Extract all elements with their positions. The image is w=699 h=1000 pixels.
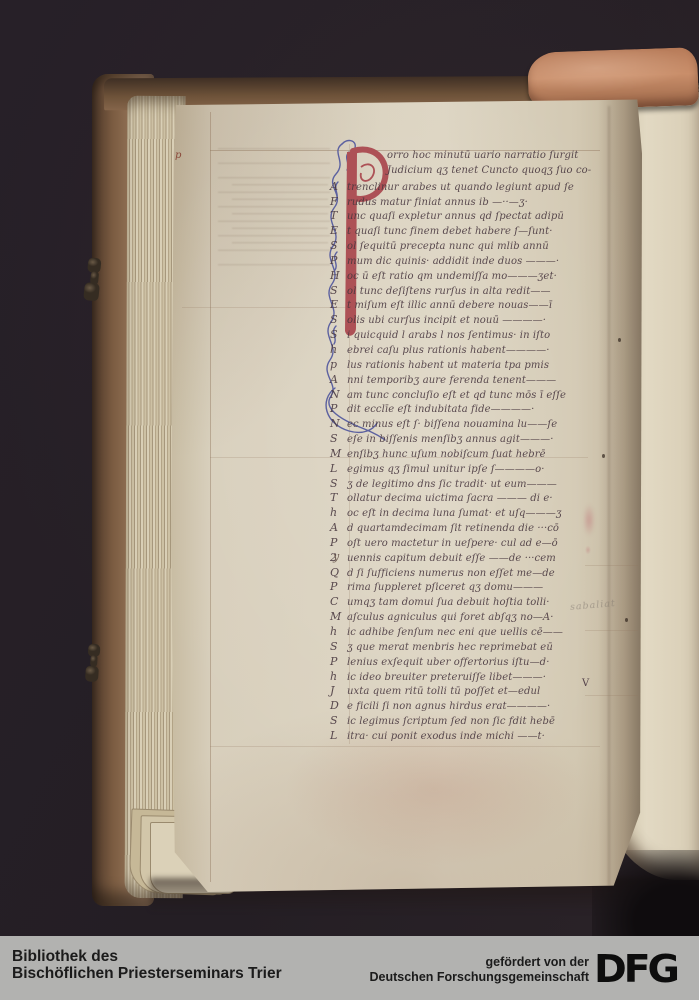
manuscript-line: Juxta quem ritū tolli tū poſſet et—edul <box>330 684 596 699</box>
line-text: ic adhibe ſenſum nec eni que uellis cē—— <box>347 627 563 638</box>
manuscript-line: Sol tunc deſiſtens rurſus in alta redit—… <box>330 284 596 299</box>
line-text: ʒ de legitimo dns ſic tradit· ut eum——— <box>347 479 557 490</box>
line-text: ebrei caſu plus rationis habent————· <box>347 345 550 356</box>
line-text: lenius exſequit uber offertorius iſtu—d· <box>347 657 549 668</box>
line-capital: P <box>330 580 347 593</box>
line-capital: S <box>330 477 347 490</box>
manuscript-line: Legimus qʒ ſimul unitur ipſe ſ————o· <box>330 462 596 477</box>
manuscript-line: Et miſum eſt illic annū debere nouas——ī <box>330 298 596 313</box>
manuscript-line: Tollatur decima uictima ſacra ——— di e· <box>330 491 596 506</box>
line-text: t quaſi tunc finem debet habere ſ—ſunt· <box>347 226 553 237</box>
line-text: d quartamdecimam ſit retinenda die ···cō <box>347 523 559 534</box>
line-capital: A <box>330 180 347 193</box>
manuscript-line: Si quicquid l arabs l nos ſentimus· in i… <box>330 328 596 343</box>
line-capital: S <box>330 284 347 297</box>
line-text: olis ubi curſus incipit et nouū ————· <box>347 315 546 326</box>
ink-bleedthrough <box>232 184 328 256</box>
line-capital: h <box>330 343 347 356</box>
line-text: dit ecclīe eſt indubitata fide————· <box>347 404 534 415</box>
line-text: rudus matur finiat annus ib —··—ʒ· <box>347 197 528 208</box>
line-capital: J <box>330 684 347 697</box>
line-text: oc eſt in decima luna ſumat· et uſq———ʒ <box>347 508 562 519</box>
line-text: t miſum eſt illic annū debere nouas——ī <box>347 300 552 311</box>
line-text: ol ſequitū precepta nunc qui mlib annū <box>347 241 549 252</box>
manuscript-line: Pdit ecclīe eſt indubitata fide————· <box>330 402 596 417</box>
line-capital: A <box>330 373 347 386</box>
line-capital: A <box>330 521 347 534</box>
folio-mark: p <box>175 150 181 161</box>
line-text: ʒ que merat menbris hec reprimebat eū <box>347 642 553 653</box>
manuscript-line: Nam tunc concluſio eſt et qd tunc mōs ī … <box>330 388 596 403</box>
clasp-knob <box>85 665 99 682</box>
manuscript-line: hic adhibe ſenſum nec eni que uellis cē—… <box>330 625 596 640</box>
manuscript-line: Frudus matur finiat annus ib —··—ʒ· <box>330 195 596 210</box>
line-capital: M <box>330 610 347 623</box>
line-text: egimus qʒ ſimul unitur ipſe ſ————o· <box>347 464 544 475</box>
line-capital: H <box>330 269 347 282</box>
funding-line1: gefördert von der <box>370 955 590 970</box>
funding-line2: Deutschen Forschungsgemeinschaft <box>370 970 590 985</box>
ruling-line-horizontal <box>210 746 600 747</box>
library-name-line2: Bischöflichen Priesterseminars Trier <box>12 965 282 982</box>
margin-mark-left: y <box>333 550 339 563</box>
line-capital: S <box>330 313 347 326</box>
manuscript-line: hebrei caſu plus rationis habent————· <box>330 343 596 358</box>
ruling-line-vertical <box>210 112 211 882</box>
line-capital: P <box>330 655 347 668</box>
line-text: oſt uero mactetur in ueſpere· cul ad e—ō <box>347 538 558 549</box>
line-text: itra· cui ponit exodus inde michi ——t· <box>347 731 545 742</box>
line-capital: C <box>330 595 347 608</box>
manuscript-line: hic ideo breuiter preteruiſſe libet———· <box>330 670 596 685</box>
manuscript-line: Solis ubi curſus incipit et nouū ————· <box>330 313 596 328</box>
line-text: e ficili ſi non agnus hirdus erat————· <box>347 701 550 712</box>
manuscript-line: Et quaſi tunc finem debet habere ſ—ſunt· <box>330 224 596 239</box>
line-text: eſe in biſſenis menſibʒ annus agit———· <box>347 434 554 445</box>
line-capital: Q <box>330 566 347 579</box>
line-capital: M <box>330 447 347 460</box>
funding-credit: gefördert von der Deutschen Forschungsge… <box>370 955 590 984</box>
photo-stage: p orro hoc minutū uario narratio ſ <box>0 0 699 1000</box>
manuscript-line: Plenius exſequit uber offertorius iſtu—d… <box>330 655 596 670</box>
ink-speck <box>618 338 621 342</box>
line-text: ic legimus ſcriptum ſed non ſic fdit heb… <box>347 716 555 727</box>
line-text: ol tunc deſiſtens rurſus in alta redit—— <box>347 286 551 297</box>
manuscript-line: Litra· cui ponit exodus inde michi ——t· <box>330 729 596 744</box>
line-capital: P <box>330 254 347 267</box>
manuscript-line: Hoc ū eſt ratio qm undemiſſa mo———ʒet· <box>330 269 596 284</box>
manuscript-line: Seſe in biſſenis menſibʒ annus agit———· <box>330 432 596 447</box>
manuscript-line: Nec minus eſt ſ· biſſena nouamina lu——ſe <box>330 417 596 432</box>
line-capital: S <box>330 640 347 653</box>
page-crease <box>608 106 610 886</box>
line-capital: N <box>330 417 347 430</box>
manuscript-line: Judicium qʒ tenet Cuncto quoqʒ ſuo co- <box>330 165 596 180</box>
line-capital: E <box>330 224 347 237</box>
clasp-knob <box>83 282 100 301</box>
line-text: d ſi ſufficiens numerus non eſſet me—de <box>347 568 555 579</box>
line-capital: L <box>330 462 347 475</box>
margin-mark-right: V <box>582 678 589 689</box>
line-text: uennis capitum debuit eſſe ——de ···cem <box>347 553 556 564</box>
line-capital: P <box>330 402 347 415</box>
manuscript-line: Pmum dic quinis· addidit inde duos ———· <box>330 254 596 269</box>
line-capital: P <box>330 536 347 549</box>
ink-speck <box>602 454 605 458</box>
clasp-peg-bottom <box>82 643 107 688</box>
manuscript-line: Prima ſuppleret pſiceret qʒ domu——— <box>330 580 596 595</box>
line-capital: E <box>330 298 347 311</box>
manuscript-line: Atrenclinur arabes ut quando legiunt apu… <box>330 180 596 195</box>
manuscript-line: Sic legimus ſcriptum ſed non ſic fdit he… <box>330 714 596 729</box>
dfg-logo: DFG <box>594 947 698 991</box>
clasp-peg-top <box>79 257 110 309</box>
manuscript-line: plus rationis habent ut materia tpa pmis <box>330 358 596 373</box>
line-text: ollatur decima uictima ſacra ——— di e· <box>347 493 553 504</box>
line-text: am tunc concluſio eſt et qd tunc mōs ī e… <box>347 390 566 401</box>
line-text: nni temporibʒ aure ferenda tenent——— <box>347 375 556 386</box>
line-capital: h <box>330 670 347 683</box>
manuscript-page: p orro hoc minutū uario narratio ſ <box>170 98 642 892</box>
line-capital: p <box>330 358 347 371</box>
line-capital: h <box>330 625 347 638</box>
line-text: Judicium qʒ tenet Cuncto quoqʒ ſuo co- <box>387 165 591 176</box>
line-capital: S <box>330 239 347 252</box>
line-text: orro hoc minutū uario narratio ſurgit <box>387 150 578 161</box>
ruling-line-horizontal <box>182 307 350 308</box>
line-text: mum dic quinis· addidit inde duos ———· <box>347 256 559 267</box>
text-block: orro hoc minutū uario narratio ſurgit Ju… <box>330 150 596 744</box>
manuscript-line: De ficili ſi non agnus hirdus erat————· <box>330 699 596 714</box>
manuscript-line: Sʒ de legitimo dns ſic tradit· ut eum——— <box>330 477 596 492</box>
manuscript-line: Sol ſequitū precepta nunc qui mlib annū <box>330 239 596 254</box>
line-text: oc ū eſt ratio qm undemiſſa mo———ʒet· <box>347 271 557 282</box>
manuscript-line: Menſibʒ hunc uſum nobiſcum ſuat hebrē <box>330 447 596 462</box>
manuscript-line: Qd ſi ſufficiens numerus non eſſet me—de <box>330 566 596 581</box>
library-name: Bibliothek des Bischöflichen Priestersem… <box>12 948 282 982</box>
manuscript-line: Sʒ que merat menbris hec reprimebat eū <box>330 640 596 655</box>
line-text: rima ſuppleret pſiceret qʒ domu——— <box>347 582 543 593</box>
line-text: enſibʒ hunc uſum nobiſcum ſuat hebrē <box>347 449 546 460</box>
gutter-shadow <box>598 98 642 892</box>
line-text: umqʒ tam domui ſua debuit hoſtia tolli· <box>347 597 550 608</box>
manuscript-line: Cumqʒ tam domui ſua debuit hoſtia tolli· <box>330 595 596 610</box>
line-text: trenclinur arabes ut quando legiunt apud… <box>347 182 574 193</box>
line-text: i quicquid l arabs l nos ſentimus· in iſ… <box>347 330 550 341</box>
line-capital: F <box>330 195 347 208</box>
manuscript-line: Ad quartamdecimam ſit retinenda die ···c… <box>330 521 596 536</box>
manuscript-line: Tunc quaſi expletur annus qd ſpectat adi… <box>330 209 596 224</box>
manuscript-line: Poſt uero mactetur in ueſpere· cul ad e—… <box>330 536 596 551</box>
line-capital: T <box>330 209 347 222</box>
line-capital: h <box>330 506 347 519</box>
line-text: ec minus eſt ſ· biſſena nouamina lu——ſe <box>347 419 557 430</box>
line-capital: N <box>330 388 347 401</box>
line-capital: T <box>330 491 347 504</box>
line-text: lus rationis habent ut materia tpa pmis <box>347 360 549 371</box>
line-text: uxta quem ritū tolli tū poſſet et—edul <box>347 686 540 697</box>
line-capital: L <box>330 729 347 742</box>
manuscript-line: Anni temporibʒ aure ferenda tenent——— <box>330 373 596 388</box>
manuscript-line: 2uennis capitum debuit eſſe ——de ···cem <box>330 551 596 566</box>
line-capital: S <box>330 328 347 341</box>
line-text: ic ideo breuiter preteruiſſe libet———· <box>347 672 546 683</box>
line-text: aſculus agniculus qui foret abſqʒ no—A· <box>347 612 554 623</box>
line-text: unc quaſi expletur annus qd ſpectat adip… <box>347 211 564 222</box>
line-capital: S <box>330 432 347 445</box>
library-name-line1: Bibliothek des <box>12 948 282 965</box>
manuscript-line: orro hoc minutū uario narratio ſurgit <box>330 150 596 165</box>
manuscript-line: hoc eſt in decima luna ſumat· et uſq———ʒ <box>330 506 596 521</box>
manuscript-line: Maſculus agniculus qui foret abſqʒ no—A· <box>330 610 596 625</box>
ink-speck <box>625 618 628 622</box>
line-capital: S <box>330 714 347 727</box>
line-capital: D <box>330 699 347 712</box>
